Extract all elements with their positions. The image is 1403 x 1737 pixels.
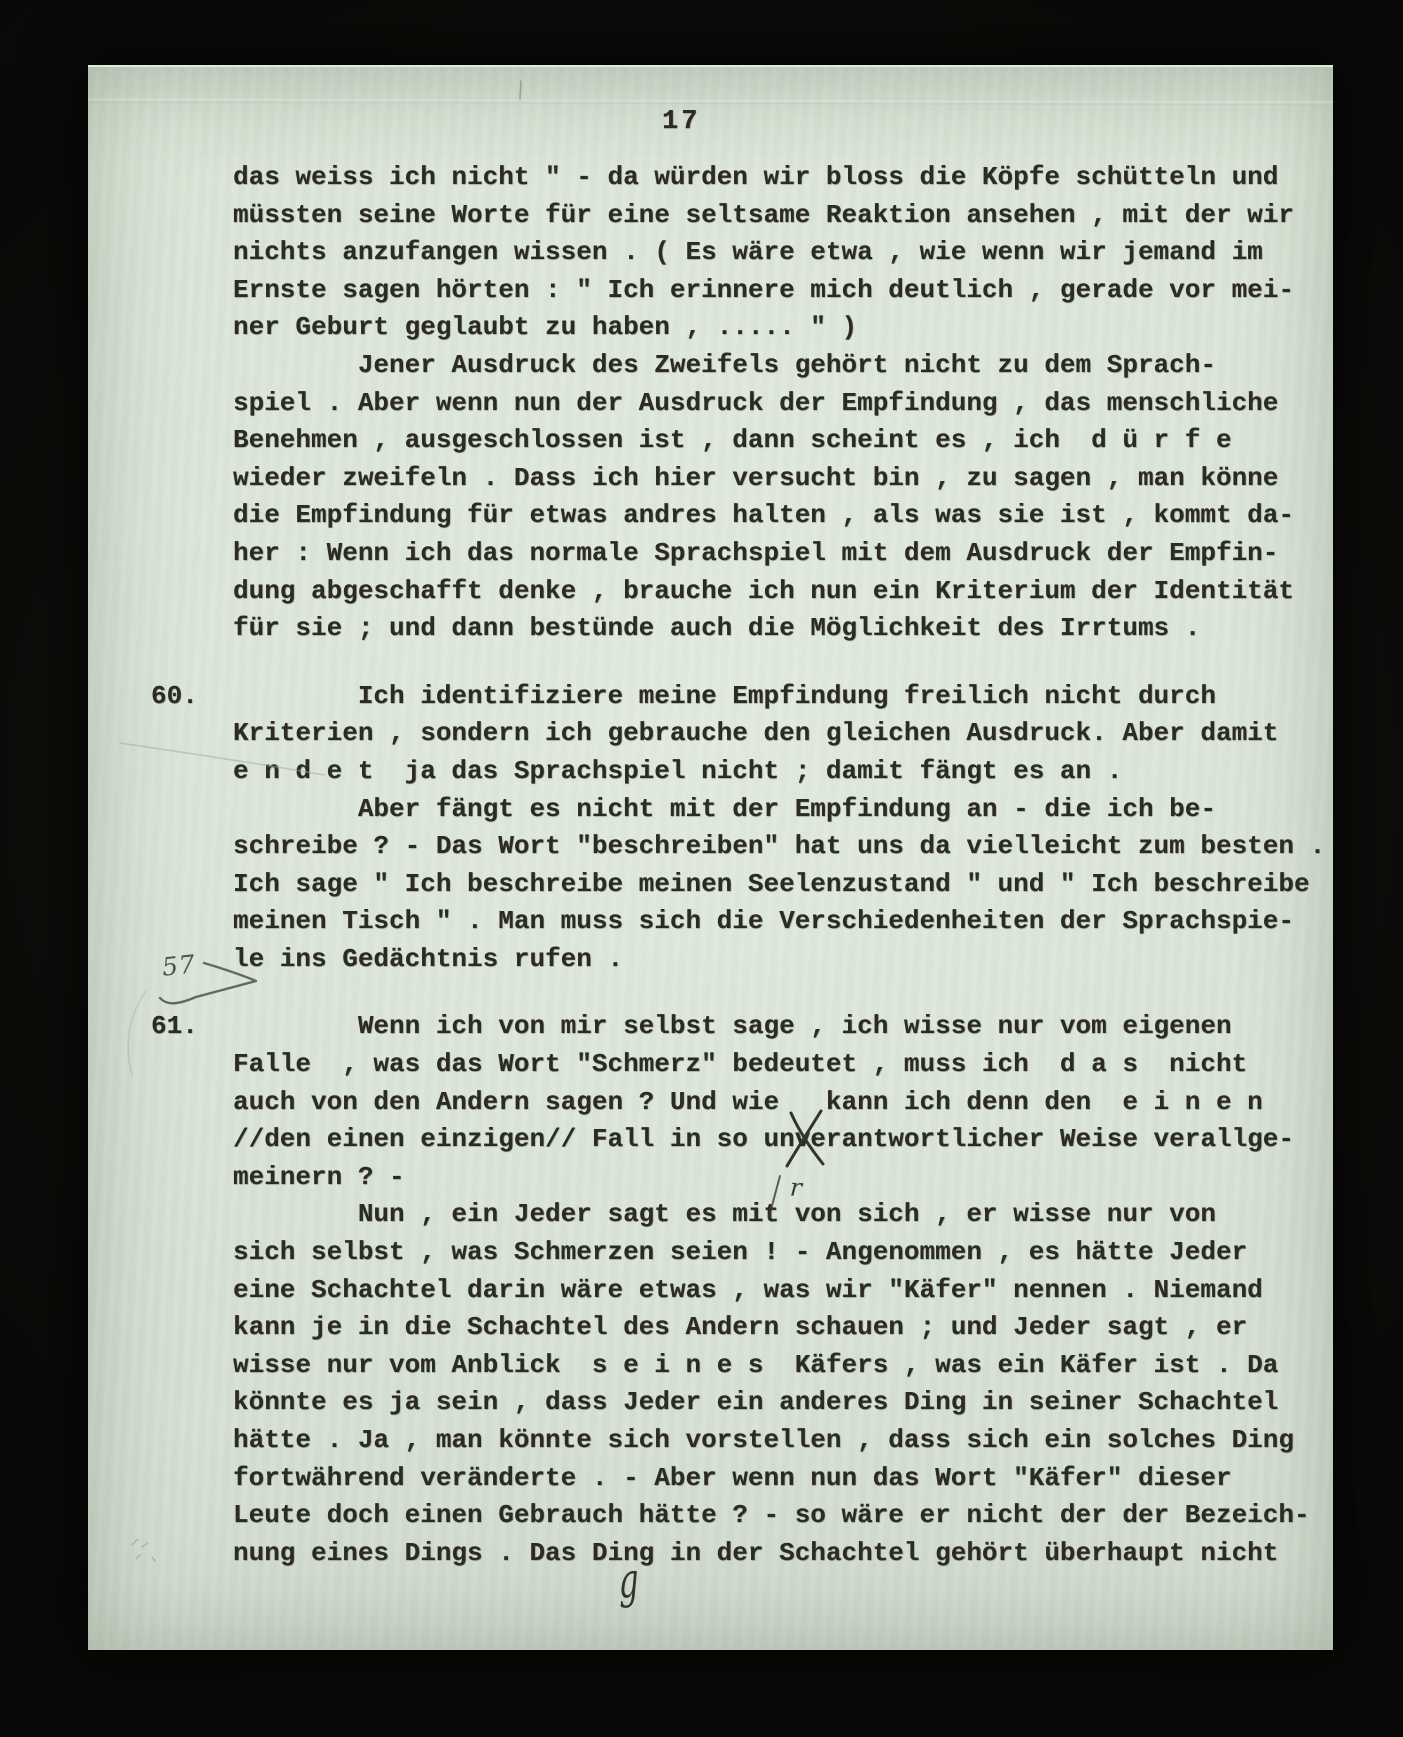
text-line: müssten seine Worte für eine seltsame Re… [233,197,1325,235]
scan-background: 17 das weiss ich nicht " - da würden wir… [0,0,1403,1737]
small-tick-mark [516,79,526,103]
text-line: schreibe ? - Das Wort "beschreiben" hat … [233,828,1325,866]
text-line: spiel . Aber wenn nun der Ausdruck der E… [233,385,1325,423]
paper-crease [88,99,1333,106]
text-line: Jener Ausdruck des Zweifels gehört nicht… [233,347,1325,385]
text-line: meinen Tisch " . Man muss sich die Versc… [233,903,1325,941]
handwritten-margin-mark: 57 [158,951,290,1015]
text-line: //den einen einzigen// Fall in so unvera… [233,1121,1325,1159]
text-line: die Empfindung für etwas andres halten ,… [233,497,1325,535]
text-line: Ich sage " Ich beschreibe meinen Seelenz… [233,866,1325,904]
text-line: wieder zweifeln . Dass ich hier versucht… [233,460,1325,498]
text-line: hätte . Ja , man könnte sich vorstellen … [233,1422,1325,1460]
handwritten-slash-icon [766,1173,784,1221]
faint-pencil-curve [118,987,154,1079]
text-section: das weiss ich nicht " - da würden wir bl… [233,159,1325,648]
text-line: Falle , was das Wort "Schmerz" bedeutet … [233,1046,1325,1084]
text-line: le ins Gedächtnis rufen . [233,941,1325,979]
text-line: dung abgeschafft denke , brauche ich nun… [233,573,1325,611]
text-line: kann je in die Schachtel des Andern scha… [233,1309,1325,1347]
faint-pencil-specks [124,1517,172,1575]
page-number: 17 [662,107,700,137]
text-line: Aber fängt es nicht mit der Empfindung a… [233,791,1325,829]
text-line: nichts anzufangen wissen . ( Es wäre etw… [233,234,1325,272]
margin-mark-flag-icon [158,951,290,1015]
text-line: Ich identifiziere meine Empfindung freil… [233,678,1325,716]
text-line: fortwährend veränderte . - Aber wenn nun… [233,1460,1325,1498]
faint-pencil-line [118,737,330,787]
typewritten-text: das weiss ich nicht " - da würden wir bl… [233,159,1325,1572]
text-section: 60. Ich identifiziere meine Empfindung f… [233,678,1325,979]
text-line: Wenn ich von mir selbst sage , ich wisse… [233,1008,1325,1046]
text-line: für sie ; und dann bestünde auch die Mög… [233,610,1325,648]
handwritten-g-correction: g [618,1557,639,1607]
text-line: Leute doch einen Gebrauch hätte ? - so w… [233,1497,1325,1535]
text-line: könnte es ja sein , dass Jeder ein ander… [233,1384,1325,1422]
section-number: 60. [151,678,198,716]
text-line: e n d e t ja das Sprachspiel nicht ; dam… [233,753,1325,791]
text-line: ner Geburt geglaubt zu haben , ..... " ) [233,309,1325,347]
text-line: eine Schachtel darin wäre etwas , was wi… [233,1272,1325,1310]
text-line: auch von den Andern sagen ? Und wie kann… [233,1084,1325,1122]
document-page: 17 das weiss ich nicht " - da würden wir… [88,65,1333,1650]
text-line: das weiss ich nicht " - da würden wir bl… [233,159,1325,197]
handwritten-x-strikeout-icon [782,1107,828,1169]
text-line: Ernste sagen hörten : " Ich erinnere mic… [233,272,1325,310]
text-line: her : Wenn ich das normale Sprachspiel m… [233,535,1325,573]
text-line: wisse nur vom Anblick s e i n e s Käfers… [233,1347,1325,1385]
text-line: Benehmen , ausgeschlossen ist , dann sch… [233,422,1325,460]
text-line: Kriterien , sondern ich gebrauche den gl… [233,715,1325,753]
text-section: 61. Wenn ich von mir selbst sage , ich w… [233,1008,1325,1572]
text-line: sich selbst , was Schmerzen seien ! - An… [233,1234,1325,1272]
handwritten-r-insertion: r [789,1173,803,1203]
text-line: nung eines Dings . Das Ding in der Schac… [233,1535,1325,1573]
